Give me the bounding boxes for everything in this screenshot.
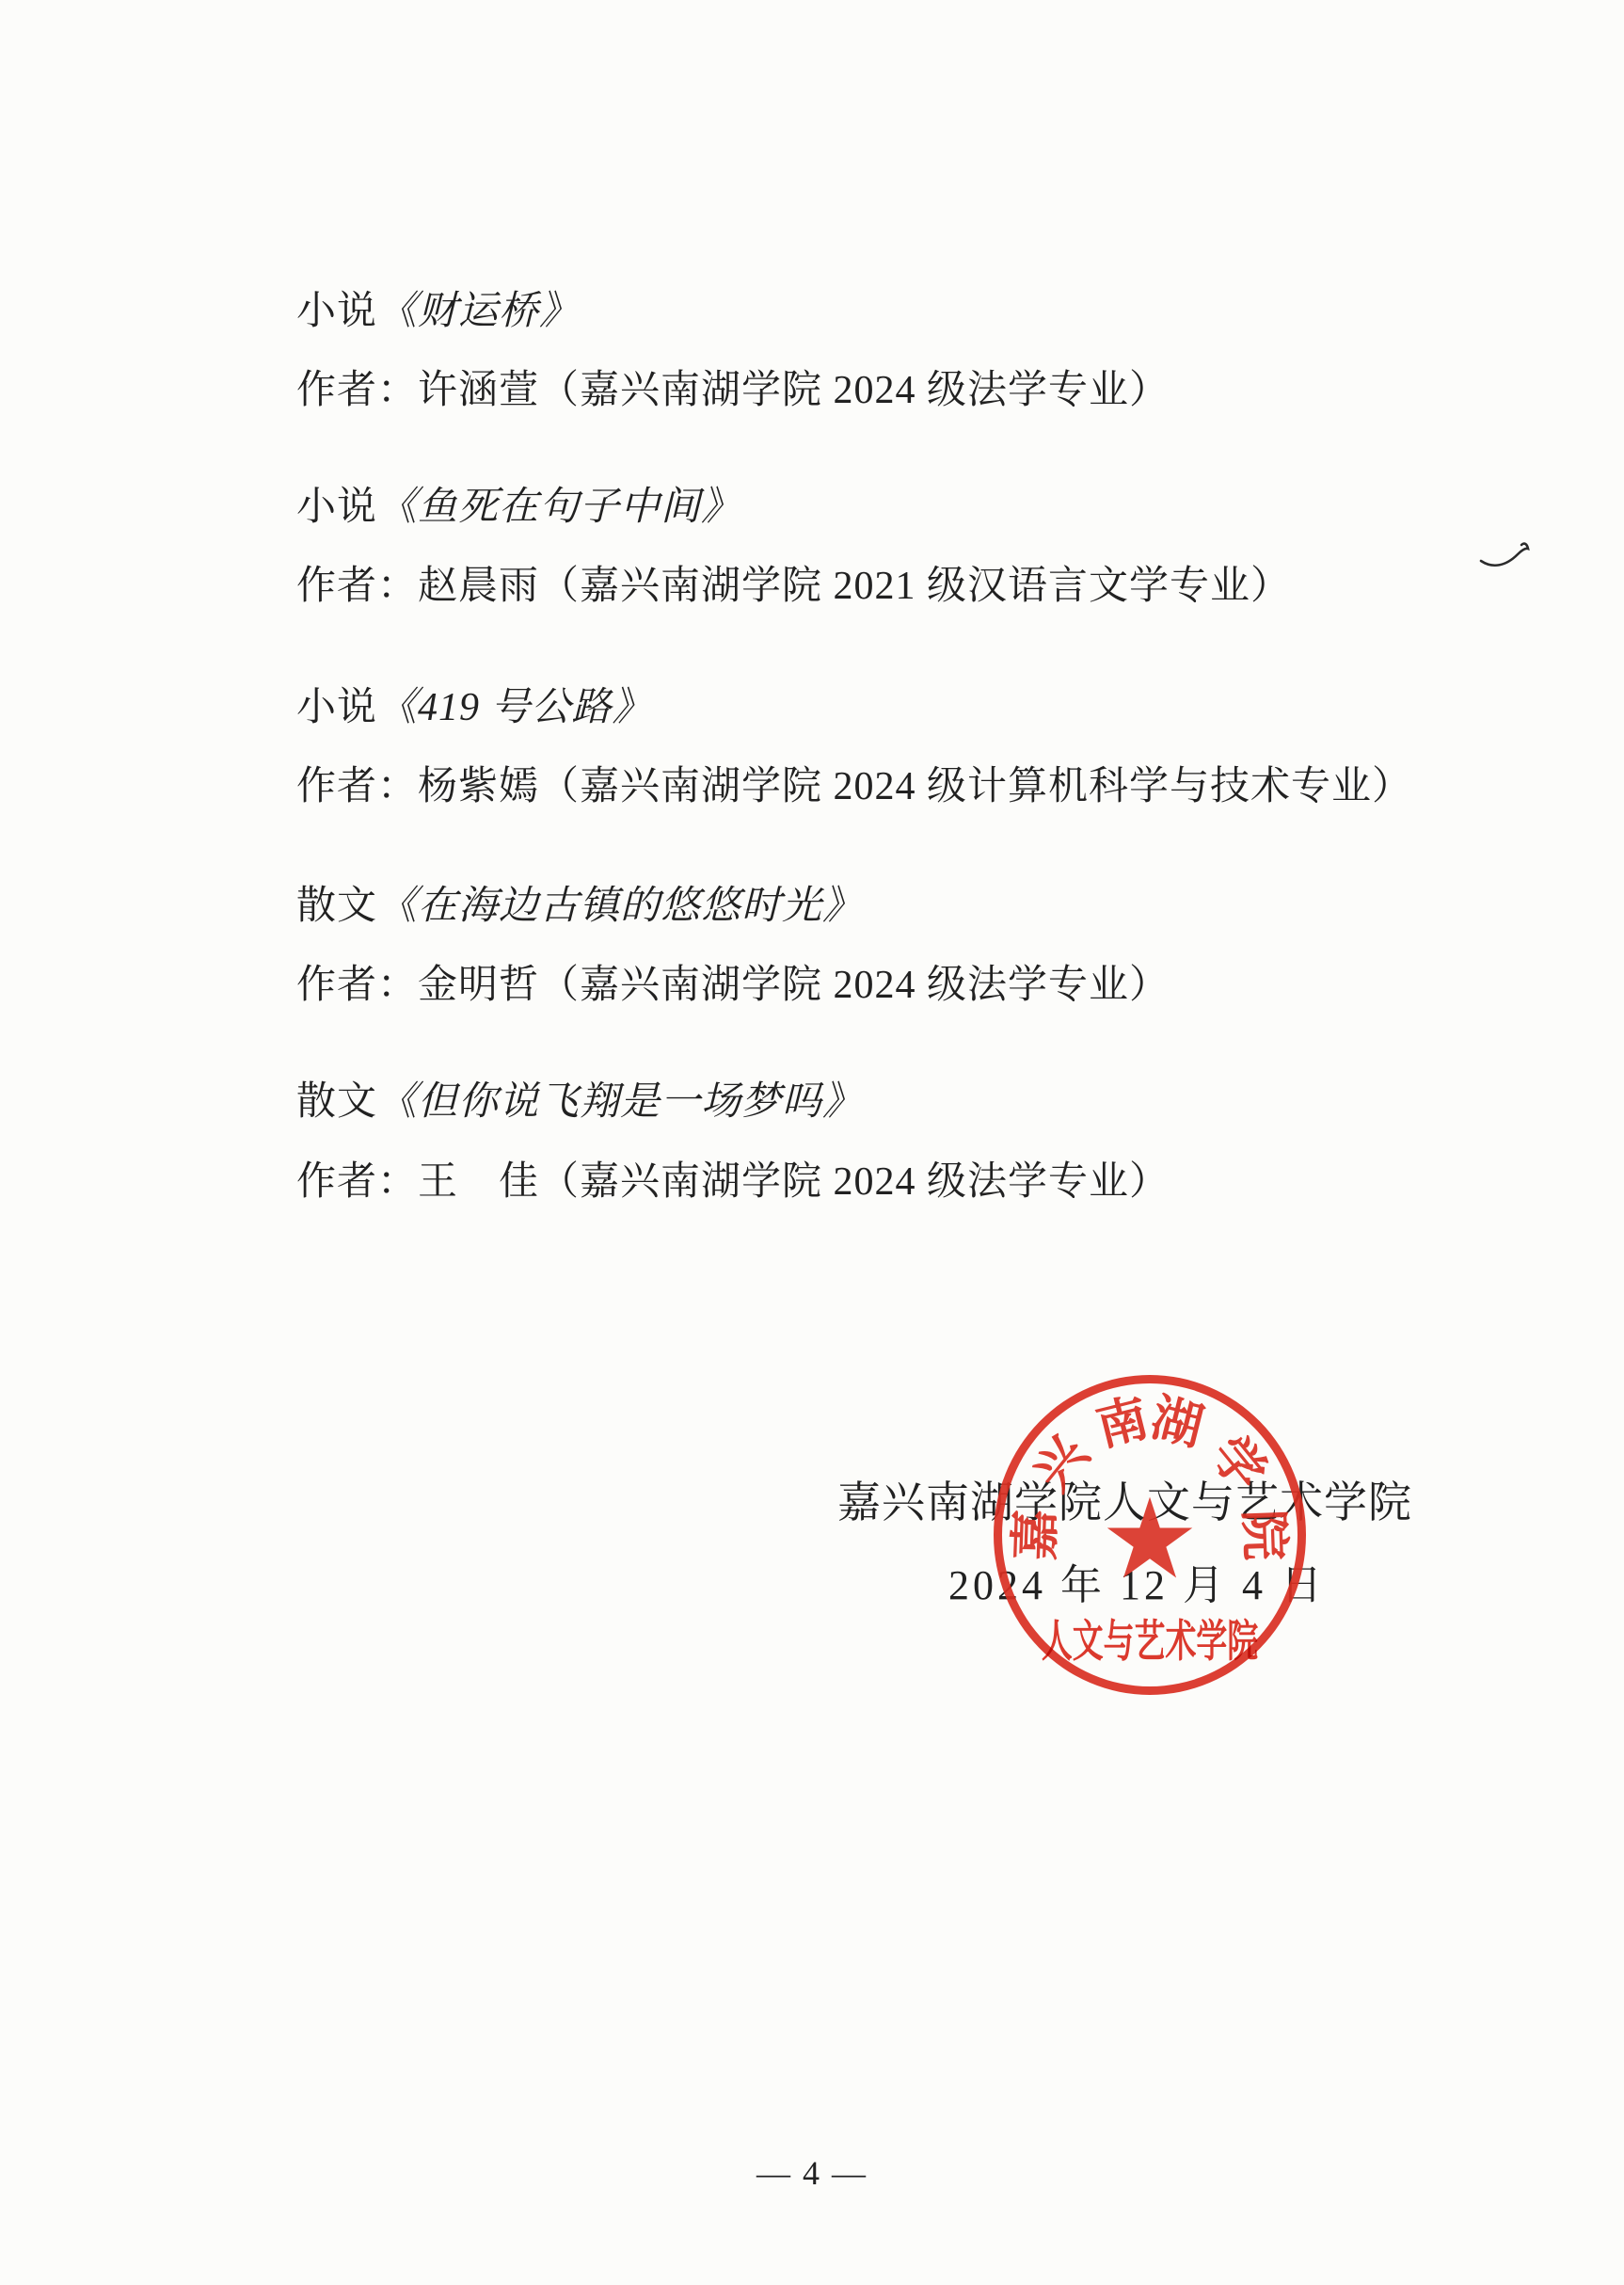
seal-arc-char: 南: [1088, 1388, 1156, 1457]
entry-author: 作者：金明哲（嘉兴南湖学院 2024 级法学专业）: [296, 964, 1170, 1007]
entry-author: 作者：王 佳（嘉兴南湖学院 2024 级法学专业）: [296, 1160, 1170, 1204]
entry-genre: 散文: [296, 885, 377, 928]
entry-title: 散文《在海边古镇的悠悠时光》: [296, 885, 863, 928]
work-title: 《但你说飞翔是一场梦吗》: [377, 1080, 863, 1124]
seal-arc-char: 湖: [1143, 1388, 1212, 1457]
entry-author: 作者：许涵萱（嘉兴南湖学院 2024 级法学专业）: [296, 369, 1170, 412]
entry-genre: 小说: [296, 486, 377, 529]
entry-genre: 小说: [296, 686, 377, 729]
seal-bottom-text: 人文与艺术学院: [1038, 1606, 1262, 1670]
official-seal: ★ 嘉兴南湖学院 人文与艺术学院: [994, 1375, 1306, 1695]
entry-title: 小说《鱼死在句子中间》: [296, 486, 741, 529]
work-title: 《财运桥》: [377, 290, 580, 333]
pen-mark-artifact: [1479, 538, 1537, 574]
work-title: 《419 号公路》: [377, 686, 653, 729]
entry-title: 小说《419 号公路》: [296, 686, 653, 729]
entry-title: 散文《但你说飞翔是一场梦吗》: [296, 1080, 863, 1124]
signature-date: 2024 年 12 月 4 日: [948, 1551, 1326, 1611]
entry-title: 小说《财运桥》: [296, 290, 580, 333]
document-page: 小说《财运桥》 作者：许涵萱（嘉兴南湖学院 2024 级法学专业） 小说《鱼死在…: [0, 0, 1624, 2285]
work-title: 《在海边古镇的悠悠时光》: [377, 885, 863, 928]
signature-organization: 嘉兴南湖学院人文与艺术学院: [837, 1468, 1412, 1530]
entry-genre: 小说: [296, 290, 377, 333]
entry-genre: 散文: [296, 1080, 377, 1124]
entry-author: 作者：赵晨雨（嘉兴南湖学院 2021 级汉语言文学专业）: [296, 565, 1291, 608]
work-title: 《鱼死在句子中间》: [377, 486, 741, 529]
page-number: — 4 —: [0, 2153, 1624, 2193]
seal-ring: [994, 1375, 1306, 1695]
entry-author: 作者：杨紫嫣（嘉兴南湖学院 2024 级计算机科学与技术专业）: [296, 765, 1412, 808]
